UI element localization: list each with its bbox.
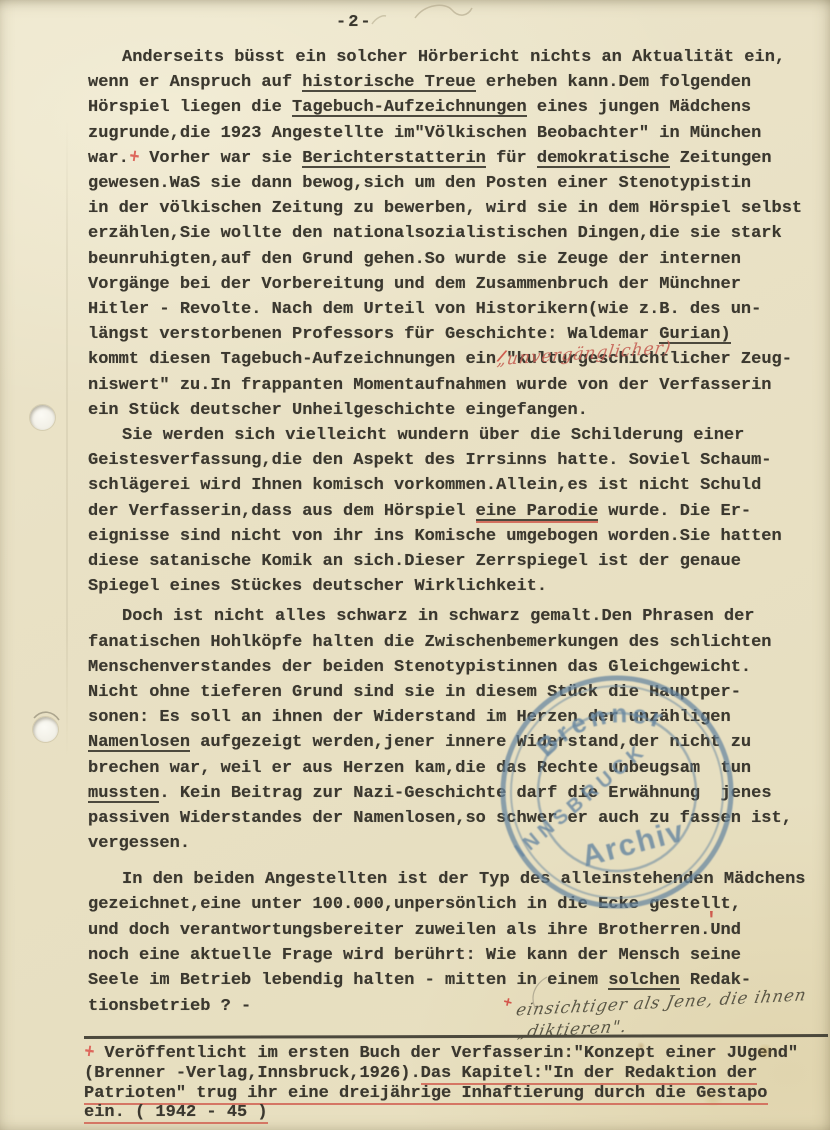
paper-stain: [637, 1042, 645, 1050]
pencil-marks: [0, 0, 830, 1130]
paper-stain: [700, 1090, 726, 1106]
document-page: -2- Anderseits büsst ein solcher Hörberi…: [0, 0, 830, 1130]
paper-stain: [755, 1044, 775, 1059]
